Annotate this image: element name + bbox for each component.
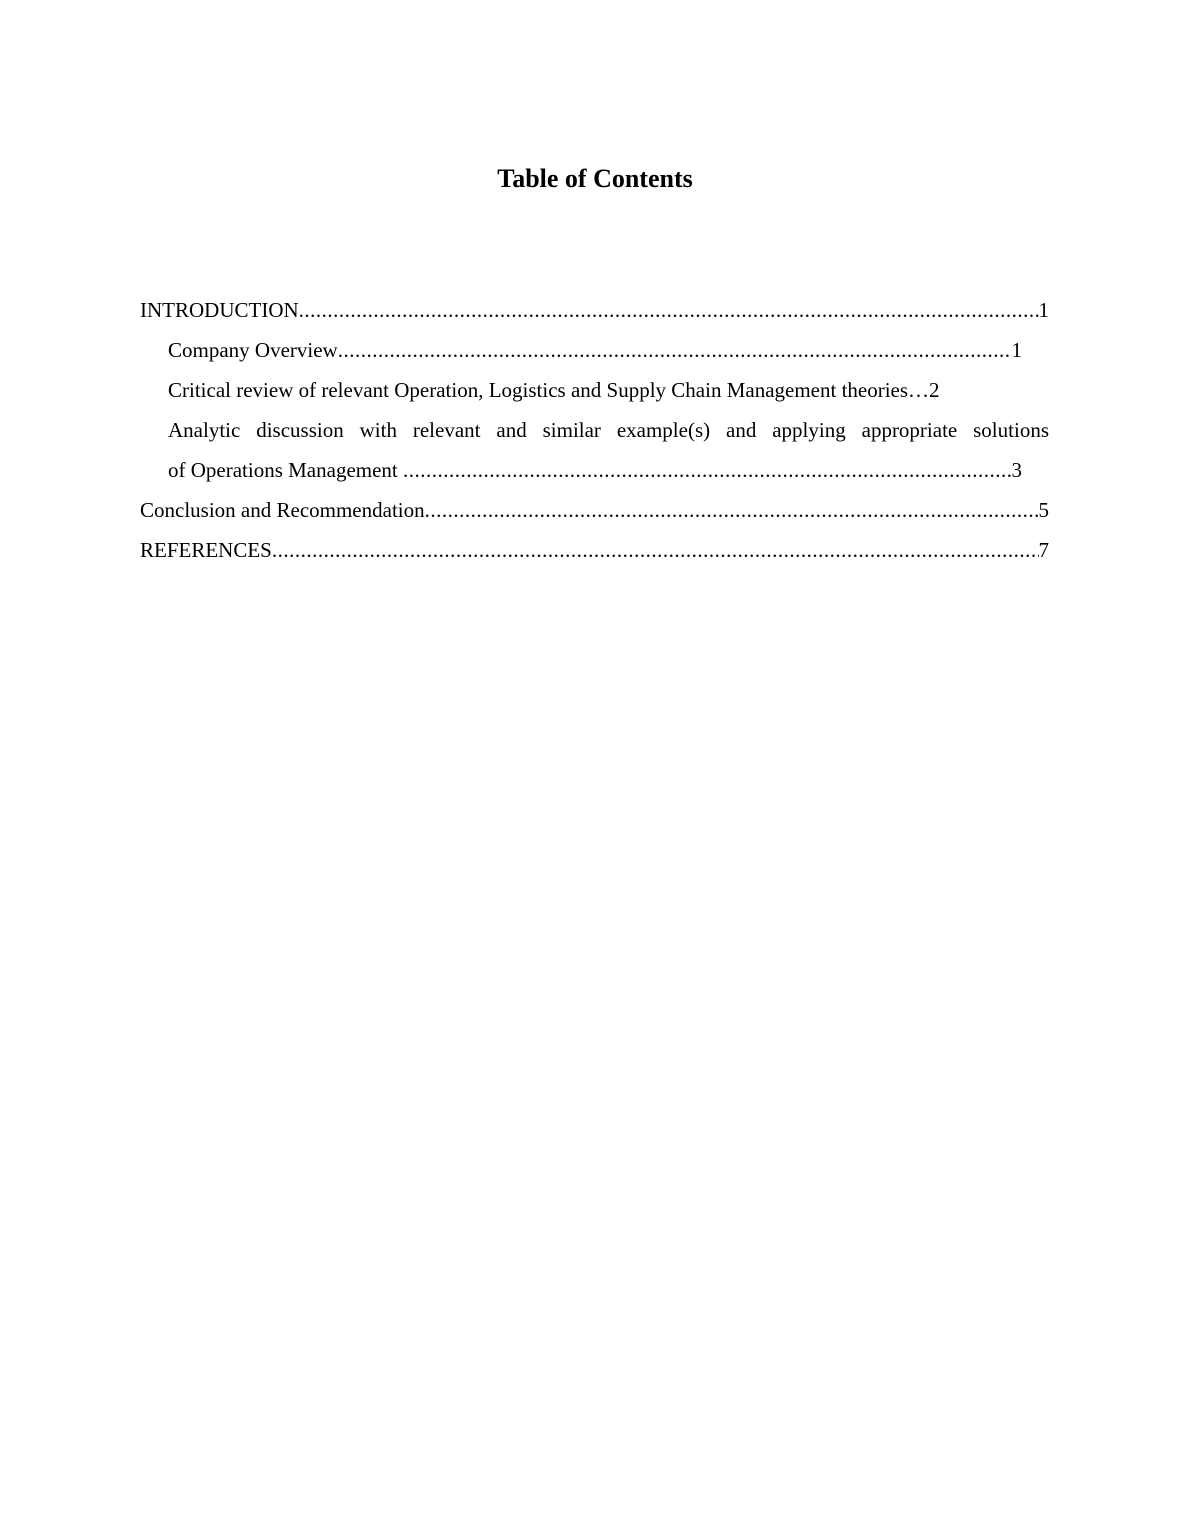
toc-page-number: 1	[1039, 290, 1050, 330]
toc-page-number: 5	[1039, 490, 1050, 530]
dot-leader	[272, 530, 1039, 570]
toc-entry-label-line2: of Operations Management	[168, 450, 403, 490]
toc-entry-label: Critical review of relevant Operation, L…	[168, 370, 908, 410]
toc-entry-label: Conclusion and Recommendation	[140, 490, 425, 530]
toc-entry-company-overview[interactable]: Company Overview 1	[168, 330, 1022, 370]
document-page: Table of Contents INTRODUCTION 1 Company…	[0, 0, 1190, 1540]
dot-leader	[338, 330, 1012, 370]
toc-page-number: 3	[1012, 450, 1023, 490]
toc-entry-line2: of Operations Management 3	[168, 450, 1022, 490]
dot-leader: …	[908, 370, 929, 410]
toc-page-number: 7	[1039, 530, 1050, 570]
dot-leader	[299, 290, 1039, 330]
toc-entry-critical-review[interactable]: Critical review of relevant Operation, L…	[168, 370, 1022, 410]
toc-page-number: 2	[929, 370, 940, 410]
table-of-contents: INTRODUCTION 1 Company Overview 1 Critic…	[140, 290, 1049, 570]
dot-leader	[403, 450, 1011, 490]
toc-entry-label: Company Overview	[168, 330, 338, 370]
toc-entry-conclusion[interactable]: Conclusion and Recommendation 5	[140, 490, 1049, 530]
dot-leader	[425, 490, 1039, 530]
toc-entry-label: REFERENCES	[140, 530, 272, 570]
toc-page-number: 1	[1012, 330, 1023, 370]
toc-entry-label-line1: Analytic discussion with relevant and si…	[168, 410, 1049, 450]
toc-entry-label: INTRODUCTION	[140, 290, 299, 330]
toc-entry-references[interactable]: REFERENCES 7	[140, 530, 1049, 570]
page-title: Table of Contents	[0, 163, 1190, 195]
toc-entry-introduction[interactable]: INTRODUCTION 1	[140, 290, 1049, 330]
toc-entry-analytic-discussion[interactable]: Analytic discussion with relevant and si…	[168, 410, 1022, 490]
